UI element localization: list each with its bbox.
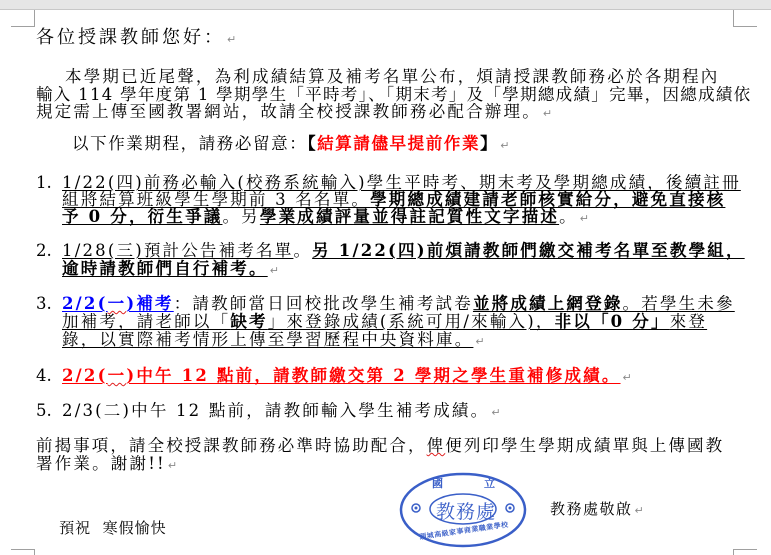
list-item-3-line-3: 錄，以實際補考情形上傳至學習歷程中央資料庫。↵ [62,331,485,351]
list-item-2-line-2: 逾時請教師們自行補考。↵ [62,260,279,280]
item-3-text-2c: 」來登錄成績(系統可用/來輸入)， [268,312,555,331]
closing-text-1a: 前揭事項，請全校授課教師務必準時協助配合， [36,436,427,455]
item-3-text-1d: 並將成績上網登錄 [473,294,623,313]
greeting: 各位授課教師您好：↵ [36,29,236,49]
item-2-text-2: 逾時請教師們自行補考。 [62,259,268,278]
paragraph-mark-icon: ↵ [227,33,236,46]
margin-corner-top-right [733,10,757,27]
regards-text: 預祝 寒假愉快 [59,519,167,537]
item-3-day: 一 [108,294,127,313]
item-2-text-1b: 。 [293,241,312,260]
list-item-2: 2.1/28(三)預計公告補考名單。另 1/22(四)前煩請教師們繳交補考名單至… [36,242,745,260]
item-3-text-1c: ：請教師當日回校批改學生補考試卷 [174,294,473,313]
item-1-text-3b: 。另 [222,207,259,226]
list-number: 2. [36,242,62,260]
item-3-text-2a: 加補考，請老師以「 [62,312,230,331]
list-number: 5. [36,402,62,420]
item-3-text-1e: 。若學生未參 [623,294,735,313]
paragraph-mark-icon: ↵ [580,212,589,225]
item-2-text-1a: 1/28(三)預計公告補考名單 [62,241,293,260]
item-3-date: 2/2( [62,294,108,313]
item-1-text-3c: 學業成績評量並得註記質性文字描述 [260,207,559,226]
paragraph-mark-icon: ↵ [543,107,552,120]
bracket-open: 【 [307,134,317,153]
paragraph-mark-icon: ↵ [491,406,500,419]
stamp-top-right: 立 [484,475,495,491]
intro-line-1: 本學期已近尾聲，為利成績結算及補考名單公布，煩請授課教師務必於各期程內 [65,68,720,86]
list-item-3: 3.2/2(一)補考：請教師當日回校批改學生補考試卷並將成績上網登錄。若學生未參 [36,295,735,313]
list-item-5: 5.2/3(二)中午 12 點前，請教師輸入學生補考成績。↵ [36,402,501,422]
item-3-text-2b: 缺考 [230,312,267,331]
stamp-center: 教務處 [436,497,496,524]
schedule-intro: 以下作業期程，請務必留意：【結算請儘早提前作業】↵ [72,135,509,155]
intro-line-3: 規定需上傳至國教署網站，故請全校授課教師務必配合辦理。↵ [36,103,552,123]
signature: 教務處敬啟↵ [550,500,644,520]
paragraph-mark-icon: ↵ [270,264,279,277]
signature-text: 教務處敬啟 [550,500,633,518]
item-4-text: )中午 12 點前，請教師繳交第 2 學期之學生重補修成績。 [126,366,620,385]
intro-text-1: 本學期已近尾聲，為利成績結算及補考名單公布，煩請授課教師務必於各期程內 [65,67,720,86]
paragraph-mark-icon: ↵ [475,335,484,348]
ruler-bar [0,0,771,10]
intro-text-3: 規定需上傳至國教署網站，故請全校授課教師務必配合辦理。 [36,102,541,121]
list-item-3-line-2: 加補考，請老師以「缺考」來登錄成績(系統可用/來輸入)，非以「0 分」來登 [62,313,707,331]
item-3-text-3: 錄，以實際補考情形上傳至學習歷程中央資料庫。 [62,330,473,349]
schedule-intro-text: 以下作業期程，請務必留意： [72,134,307,153]
item-3-text-2e: 來登 [670,312,707,331]
office-seal-stamp: 國 立 教務處 頭城高級家事商業職業學校 [398,471,528,549]
item-3-text-2d: 非以「0 分」 [555,312,670,331]
list-item-4: 4.2/2(一)中午 12 點前，請教師繳交第 2 學期之學生重補修成績。↵ [36,367,632,387]
closing-spell-flag: 俾 [427,436,446,455]
closing-line-1: 前揭事項，請全校授課教師務必準時協助配合，俾便列印學生學期成績單與上傳國教 [36,437,724,455]
regards: 預祝 寒假愉快 [36,501,167,555]
item-4-date: 2/2( [62,366,108,385]
closing-text-2: 署作業。謝謝!! [36,454,166,473]
schedule-highlight: 結算請儘早提前作業 [317,134,480,153]
paragraph-mark-icon: ↵ [623,371,632,384]
bracket-close: 】 [480,134,498,153]
list-number: 4. [36,367,62,385]
greeting-text: 各位授課教師您好： [36,27,225,48]
item-4-day: 一 [108,366,127,385]
paragraph-mark-icon: ↵ [168,459,177,472]
item-1-text-3a: 予 0 分，衍生爭議 [62,207,222,226]
item-1-text-3d: 。 [559,207,578,226]
closing-text-1b: 便列印學生學期成績單與上傳國教 [445,436,724,455]
item-2-text-1c: 另 1/22(四)前煩請教師們繳交補考名單至教學組， [312,241,745,260]
list-number: 1. [36,174,62,192]
stamp-top-left: 國 [432,475,443,491]
paragraph-mark-icon: ↵ [500,139,509,152]
margin-corner-bottom-right [733,549,757,555]
margin-corner-bottom-left [11,549,35,555]
item-5-text: 2/3(二)中午 12 點前，請教師輸入學生補考成績。 [62,401,489,420]
item-3-label: )補考 [126,294,173,313]
paragraph-mark-icon: ↵ [635,504,644,517]
closing-line-2: 署作業。謝謝!!↵ [36,455,177,475]
list-item-1-line-3: 予 0 分，衍生爭議。另學業成績評量並得註記質性文字描述。↵ [62,208,589,228]
list-number: 3. [36,295,62,313]
margin-corner-top-left [11,10,35,27]
